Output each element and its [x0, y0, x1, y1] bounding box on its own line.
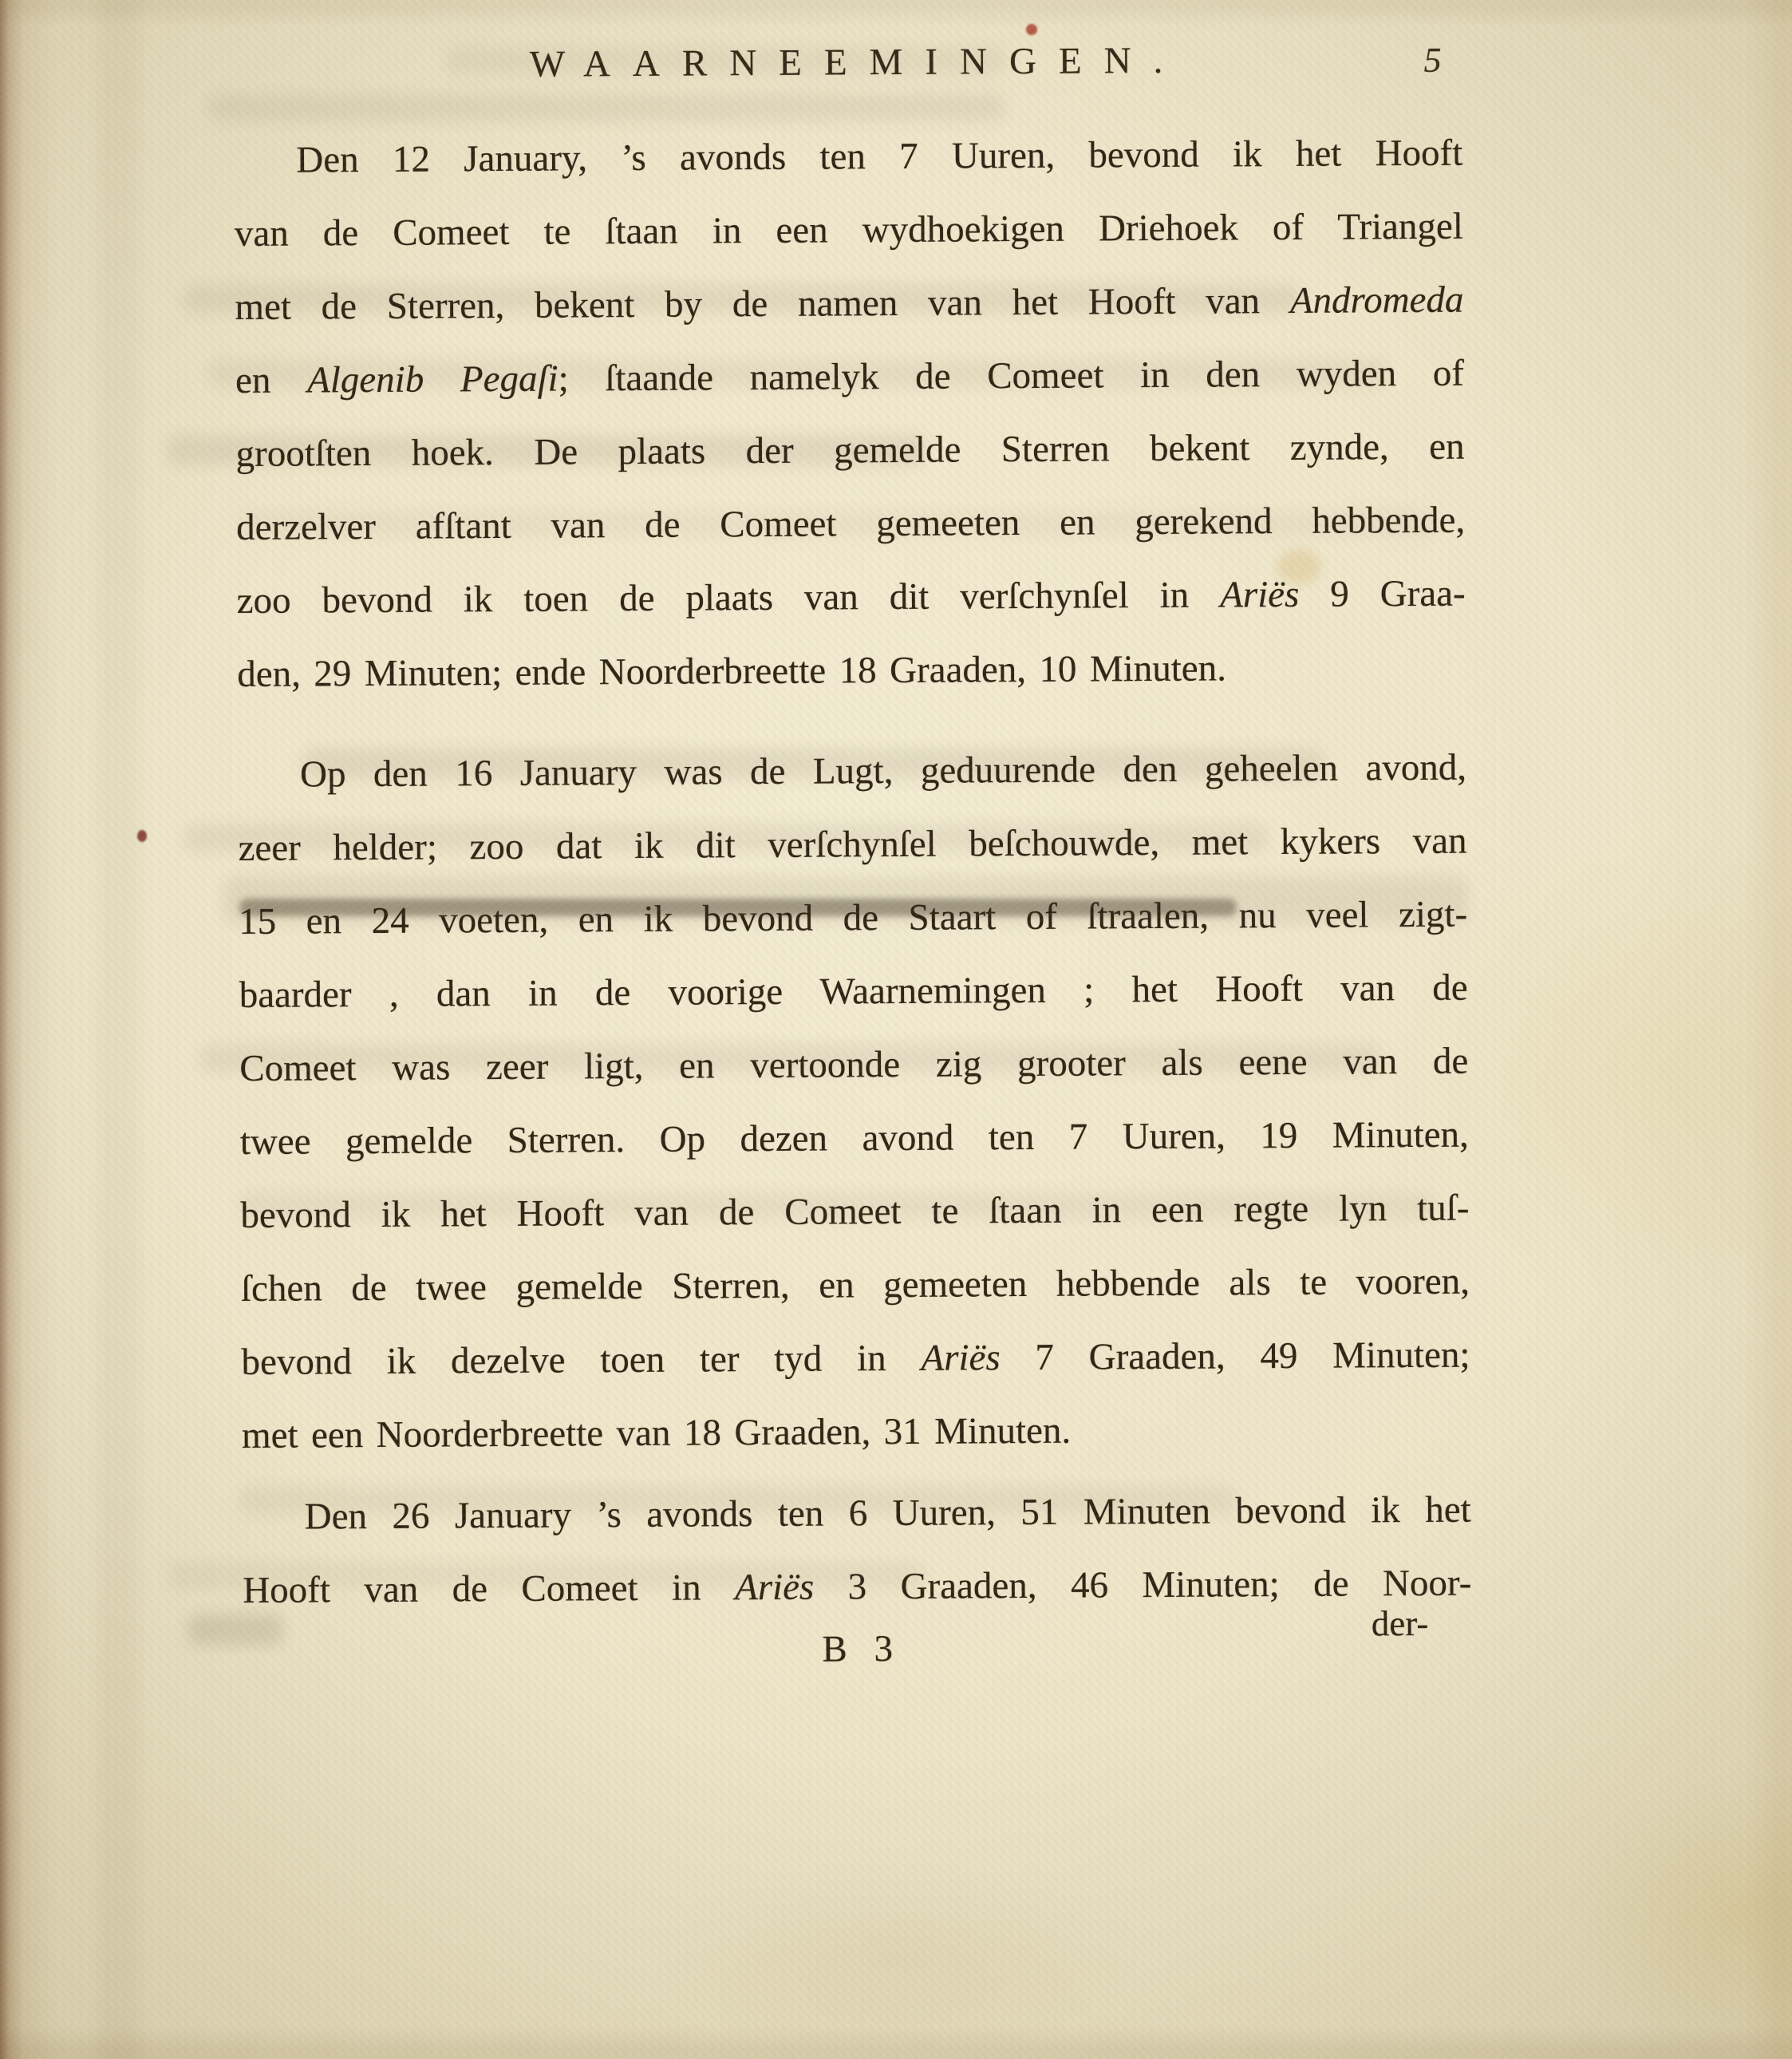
text-segment: derzelver afſtant van de Comeet gemeeten…: [236, 500, 1465, 548]
italic-term: Ariës: [735, 1567, 815, 1609]
text-segment: 15 en 24 voeten, en ik bevond de Staart …: [239, 894, 1467, 943]
text-segment: van de Comeet te ſtaan in een wydhoekige…: [235, 206, 1463, 255]
italic-term: Ariës: [1220, 574, 1300, 616]
italic-term: Ariës: [921, 1337, 1001, 1379]
text-block: Den 12 January, ’s avonds ten 7 Uuren, b…: [234, 117, 1471, 1627]
text-line: ſchen de twee gemelde Sterren, en gemeet…: [241, 1245, 1470, 1326]
text-line: Comeet was zeer ligt, en vertoonde zig g…: [239, 1025, 1469, 1105]
text-line: bevond ik het Hooft van de Comeet te ſta…: [240, 1172, 1470, 1252]
text-segment: Den 12 January, ’s avonds ten 7 Uuren, b…: [296, 132, 1462, 181]
text-segment: Den 26 January ’s avonds ten 6 Uuren, 51…: [305, 1489, 1471, 1538]
text-segment: met een Noorderbreette van 18 Graaden, 3…: [242, 1410, 1071, 1456]
text-segment: zeer helder; zoo dat ik dit verſchynſel …: [238, 820, 1466, 869]
text-line: bevond ik dezelve toen ter tyd in Ariës …: [241, 1318, 1470, 1399]
text-line: Op den 16 January was de Lugt, geduurend…: [238, 731, 1467, 812]
text-line: den, 29 Minuten; ende Noorderbreette 18 …: [237, 630, 1466, 711]
text-segment: 9 Graa-: [1299, 573, 1466, 615]
paragraph: Den 12 January, ’s avonds ten 7 Uuren, b…: [234, 117, 1466, 711]
text-line: met een Noorderbreette van 18 Graaden, 3…: [242, 1392, 1471, 1472]
text-segment: ſchen de twee gemelde Sterren, en gemeet…: [241, 1261, 1470, 1310]
text-line: grootſten hoek. De plaats der gemelde St…: [235, 410, 1465, 491]
text-segment: Op den 16 January was de Lugt, geduurend…: [300, 747, 1466, 796]
text-segment: twee gemelde Sterren. Op dezen avond ten…: [240, 1114, 1469, 1163]
text-line: zoo bevond ik toen de plaats van dit ver…: [236, 557, 1466, 638]
text-segment: Hooft van de Comeet in: [243, 1567, 735, 1611]
text-segment: zoo bevond ik toen de plaats van dit ver…: [237, 575, 1221, 622]
text-segment: ; ſtaande namelyk de Comeet in den wyden…: [558, 353, 1464, 400]
page-number: 5: [1423, 37, 1441, 85]
text-line: derzelver afſtant van de Comeet gemeeten…: [236, 484, 1466, 564]
catchword: der-: [1328, 1587, 1472, 1661]
text-line: twee gemelde Sterren. Op dezen avond ten…: [240, 1098, 1470, 1179]
text-segment: Comeet was zeer ligt, en vertoonde zig g…: [239, 1041, 1468, 1089]
text-line: van de Comeet te ſtaan in een wydhoekige…: [235, 190, 1464, 271]
text-line: met de Sterren, bekent by de namen van h…: [235, 263, 1464, 344]
text-segment: met de Sterren, bekent by de namen van h…: [235, 280, 1290, 328]
text-segment: bevond ik dezelve toen ter tyd in: [241, 1338, 921, 1383]
text-segment: grootſten hoek. De plaats der gemelde St…: [235, 426, 1464, 475]
text-segment: baarder , dan in de voorige Waarnemingen…: [239, 967, 1468, 1016]
text-segment: den, 29 Minuten; ende Noorderbreette 18 …: [237, 647, 1226, 695]
paragraph: Op den 16 January was de Lugt, geduurend…: [238, 731, 1471, 1472]
text-line: Den 12 January, ’s avonds ten 7 Uuren, b…: [234, 117, 1463, 197]
paragraph: Den 26 January ’s avonds ten 6 Uuren, 51…: [242, 1473, 1471, 1627]
text-segment: bevond ik het Hooft van de Comeet te ſta…: [240, 1188, 1469, 1236]
italic-term: Algenib Pegaſi: [307, 358, 559, 401]
text-line: baarder , dan in de voorige Waarnemingen…: [239, 951, 1468, 1032]
text-segment: en: [235, 359, 307, 401]
text-line: 15 en 24 voeten, en ik bevond de Staart …: [239, 878, 1468, 958]
printed-content: WAARNEEMINGEN. 5 Den 12 January, ’s avon…: [0, 0, 1792, 2059]
italic-term: Andromeda: [1290, 279, 1464, 322]
text-line: en Algenib Pegaſi; ſtaande namelyk de Co…: [235, 337, 1465, 417]
page-title: WAARNEEMINGEN.: [233, 27, 1462, 98]
text-line: Den 26 January ’s avonds ten 6 Uuren, 51…: [242, 1473, 1471, 1554]
signature-mark: B 3: [243, 1609, 1472, 1689]
text-line: zeer helder; zoo dat ik dit verſchynſel …: [238, 804, 1467, 885]
scanned-book-page: WAARNEEMINGEN. 5 Den 12 January, ’s avon…: [0, 0, 1792, 2059]
running-header: WAARNEEMINGEN. 5: [233, 27, 1462, 98]
text-segment: 7 Graaden, 49 Minuten;: [1001, 1334, 1470, 1379]
